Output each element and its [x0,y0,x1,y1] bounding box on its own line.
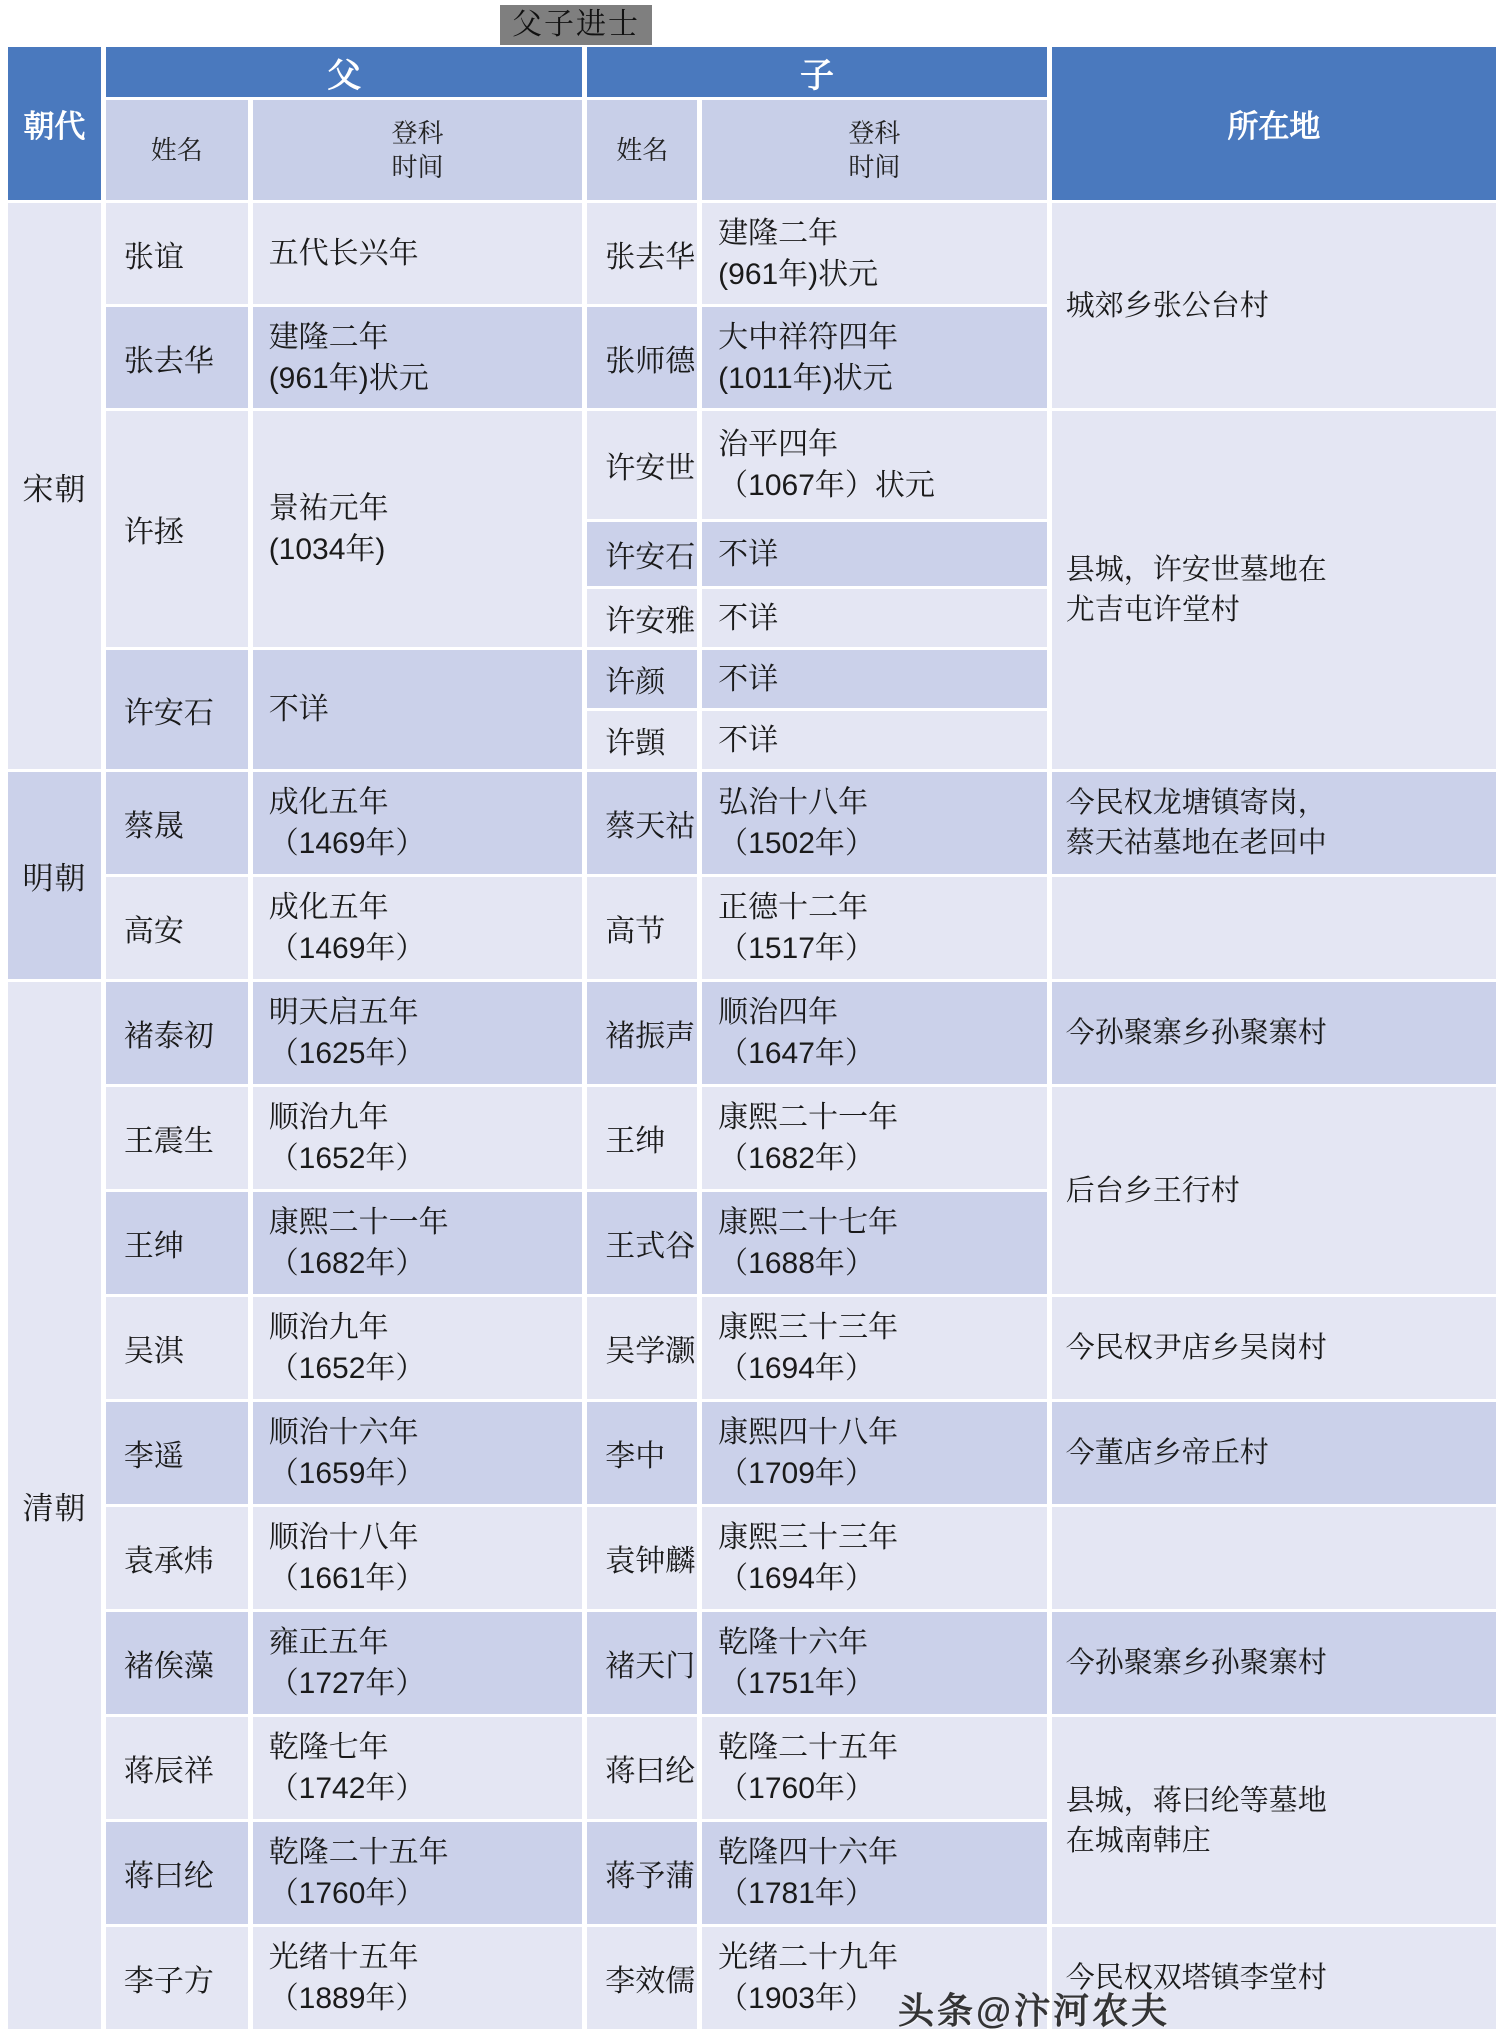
son-name-cell: 李效儒 [587,1927,697,2029]
dynasty-cell: 明朝 [8,772,101,979]
father-name-cell: 蒋曰纶 [106,1822,248,1924]
page: 父子进士 朝代 父 子 所在地 姓名 登科 时间 姓名 登科 时间 宋朝 张谊 … [0,0,1501,2044]
table-row: 明朝 蔡晟 成化五年 （1469年） 蔡天祜 弘治十八年 （1502年） 今民权… [8,772,1496,874]
father-time-cell: 景祐元年 (1034年) [253,411,583,647]
watermark: 头条@汴河农夫 [898,1983,1170,2034]
table-row: 吴淇 顺治九年 （1652年） 吴学灏 康熙三十三年 （1694年） 今民权尹店… [8,1297,1496,1399]
table-row: 宋朝 张谊 五代长兴年 张去华 建隆二年 (961年)状元 城郊乡张公台村 [8,203,1496,304]
location-cell: 县城，蒋曰纶等墓地 在城南韩庄 [1052,1717,1496,1924]
son-name-cell: 蔡天祜 [587,772,697,874]
father-name-cell: 吴淇 [106,1297,248,1399]
father-name-cell: 蔡晟 [106,772,248,874]
page-title: 父子进士 [500,5,652,45]
father-time-cell: 明天启五年 （1625年） [253,982,583,1084]
son-name-cell: 许安雅 [587,589,697,647]
location-cell: 今孙聚寨乡孙聚寨村 [1052,982,1496,1084]
father-time-cell: 不详 [253,650,583,769]
header-father-exam-time: 登科 时间 [253,100,583,200]
father-name-cell: 许安石 [106,650,248,769]
son-time-cell: 不详 [702,522,1047,586]
father-name-cell: 褚泰初 [106,982,248,1084]
son-time-cell: 弘治十八年 （1502年） [702,772,1047,874]
son-time-cell: 乾隆十六年 （1751年） [702,1612,1047,1714]
son-name-cell: 蒋曰纶 [587,1717,697,1819]
table-row: 李遥 顺治十六年 （1659年） 李中 康熙四十八年 （1709年） 今董店乡帝… [8,1402,1496,1504]
son-time-cell: 不详 [702,650,1047,708]
header-son: 子 [587,47,1046,97]
son-name-cell: 张师德 [587,307,697,408]
father-time-cell: 康熙二十一年 （1682年） [253,1192,583,1294]
son-name-cell: 蒋予蒲 [587,1822,697,1924]
son-name-cell: 许颜 [587,650,697,708]
father-name-cell: 王绅 [106,1192,248,1294]
father-name-cell: 张去华 [106,307,248,408]
father-name-cell: 袁承炜 [106,1507,248,1609]
table-row: 褚俟藻 雍正五年 （1727年） 褚天门 乾隆十六年 （1751年） 今孙聚寨乡… [8,1612,1496,1714]
son-time-cell: 乾隆四十六年 （1781年） [702,1822,1047,1924]
location-cell [1052,877,1496,979]
dynasty-cell: 宋朝 [8,203,101,769]
son-name-cell: 褚振声 [587,982,697,1084]
location-cell: 今民权龙塘镇寄岗， 蔡天祜墓地在老回中 [1052,772,1496,874]
son-time-cell: 康熙二十一年 （1682年） [702,1087,1047,1189]
header-son-name: 姓名 [587,100,697,200]
location-cell: 县城，许安世墓地在 尤吉屯许堂村 [1052,411,1496,769]
header-father: 父 [106,47,582,97]
son-time-cell: 不详 [702,589,1047,647]
location-cell: 今民权尹店乡吴岗村 [1052,1297,1496,1399]
son-name-cell: 王绅 [587,1087,697,1189]
father-time-cell: 五代长兴年 [253,203,583,304]
son-time-cell: 正德十二年 （1517年） [702,877,1047,979]
son-name-cell: 许安石 [587,522,697,586]
table-row: 许拯 景祐元年 (1034年) 许安世 治平四年 （1067年）状元 县城，许安… [8,411,1496,519]
table-row: 高安 成化五年 （1469年） 高节 正德十二年 （1517年） [8,877,1496,979]
father-time-cell: 顺治十八年 （1661年） [253,1507,583,1609]
father-name-cell: 许拯 [106,411,248,647]
table-row: 蒋辰祥 乾隆七年 （1742年） 蒋曰纶 乾隆二十五年 （1760年） 县城，蒋… [8,1717,1496,1819]
father-name-cell: 李子方 [106,1927,248,2029]
location-cell: 后台乡王行村 [1052,1087,1496,1294]
father-time-cell: 成化五年 （1469年） [253,877,583,979]
father-son-jinshi-table: 朝代 父 子 所在地 姓名 登科 时间 姓名 登科 时间 宋朝 张谊 五代长兴年… [3,44,1501,2032]
son-time-cell: 大中祥符四年 (1011年)状元 [702,307,1047,408]
father-time-cell: 乾隆二十五年 （1760年） [253,1822,583,1924]
location-cell [1052,1507,1496,1609]
header-father-name: 姓名 [106,100,248,200]
son-name-cell: 吴学灏 [587,1297,697,1399]
father-name-cell: 李遥 [106,1402,248,1504]
father-time-cell: 顺治九年 （1652年） [253,1297,583,1399]
father-name-cell: 张谊 [106,203,248,304]
table-row: 王震生 顺治九年 （1652年） 王绅 康熙二十一年 （1682年） 后台乡王行… [8,1087,1496,1189]
son-name-cell: 张去华 [587,203,697,304]
son-name-cell: 许顗 [587,711,697,769]
father-time-cell: 建隆二年 (961年)状元 [253,307,583,408]
header-location: 所在地 [1052,47,1496,200]
son-name-cell: 李中 [587,1402,697,1504]
table-row: 清朝 褚泰初 明天启五年 （1625年） 褚振声 顺治四年 （1647年） 今孙… [8,982,1496,1084]
father-name-cell: 高安 [106,877,248,979]
son-name-cell: 许安世 [587,411,697,519]
father-time-cell: 成化五年 （1469年） [253,772,583,874]
father-time-cell: 光绪十五年 （1889年） [253,1927,583,2029]
son-name-cell: 褚天门 [587,1612,697,1714]
son-name-cell: 高节 [587,877,697,979]
header-son-exam-time: 登科 时间 [702,100,1047,200]
header-row-groups: 朝代 父 子 所在地 [8,47,1496,97]
father-time-cell: 乾隆七年 （1742年） [253,1717,583,1819]
father-name-cell: 王震生 [106,1087,248,1189]
location-cell: 今董店乡帝丘村 [1052,1402,1496,1504]
table-row: 袁承炜 顺治十八年 （1661年） 袁钟麟 康熙三十三年 （1694年） [8,1507,1496,1609]
son-time-cell: 治平四年 （1067年）状元 [702,411,1047,519]
header-dynasty: 朝代 [8,47,101,200]
father-time-cell: 顺治十六年 （1659年） [253,1402,583,1504]
father-time-cell: 顺治九年 （1652年） [253,1087,583,1189]
dynasty-cell: 清朝 [8,982,101,2029]
father-name-cell: 褚俟藻 [106,1612,248,1714]
father-name-cell: 蒋辰祥 [106,1717,248,1819]
location-cell: 今孙聚寨乡孙聚寨村 [1052,1612,1496,1714]
son-time-cell: 康熙四十八年 （1709年） [702,1402,1047,1504]
son-time-cell: 康熙三十三年 （1694年） [702,1507,1047,1609]
son-name-cell: 袁钟麟 [587,1507,697,1609]
son-name-cell: 王式谷 [587,1192,697,1294]
location-cell: 城郊乡张公台村 [1052,203,1496,408]
son-time-cell: 乾隆二十五年 （1760年） [702,1717,1047,1819]
son-time-cell: 康熙三十三年 （1694年） [702,1297,1047,1399]
son-time-cell: 顺治四年 （1647年） [702,982,1047,1084]
table-row: 李子方 光绪十五年 （1889年） 李效儒 光绪二十九年 （1903年） 今民权… [8,1927,1496,2029]
son-time-cell: 建隆二年 (961年)状元 [702,203,1047,304]
son-time-cell: 康熙二十七年 （1688年） [702,1192,1047,1294]
father-time-cell: 雍正五年 （1727年） [253,1612,583,1714]
son-time-cell: 不详 [702,711,1047,769]
